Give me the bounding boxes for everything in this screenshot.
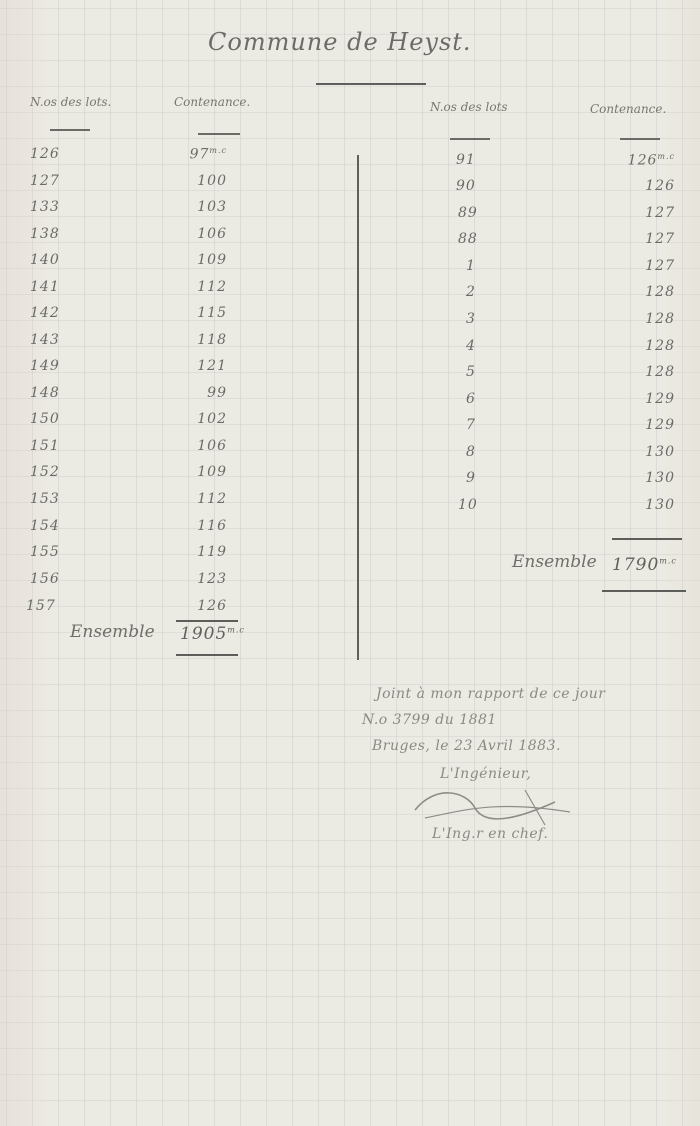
lot-number: 148 xyxy=(30,385,80,401)
contenance-value: 118 xyxy=(172,332,227,348)
lot-number: 7 xyxy=(466,417,516,433)
contenance-value: 128 xyxy=(620,338,675,354)
contenance-value: 130 xyxy=(620,497,675,513)
page-title: Commune de Heyst. xyxy=(208,28,472,56)
lot-number: 127 xyxy=(30,173,80,189)
contenance-value: 126 xyxy=(620,178,675,194)
contenance-value: 128 xyxy=(620,284,675,300)
lot-number: 9 xyxy=(466,470,516,486)
contenance-value: 102 xyxy=(172,411,227,427)
annotation-line-1: Joint à mon rapport de ce jour xyxy=(376,686,606,702)
unit-label: m.c xyxy=(657,152,675,161)
contenance-value: 106 xyxy=(172,438,227,454)
lot-number: 89 xyxy=(458,205,508,221)
lot-number: 126 xyxy=(30,146,80,162)
contenance-value: 126m.c xyxy=(620,152,675,169)
signature-flourish-icon xyxy=(405,780,575,830)
right-header-contenance: Contenance. xyxy=(590,102,666,116)
contenance-value: 109 xyxy=(172,252,227,268)
lot-number: 4 xyxy=(466,338,516,354)
lot-number: 133 xyxy=(30,199,80,215)
lot-number: 10 xyxy=(458,497,508,513)
lot-number: 90 xyxy=(456,178,506,194)
left-total-rule-top xyxy=(176,620,238,622)
annotation-line-2: N.o 3799 du 1881 xyxy=(362,712,497,728)
contenance-value: 123 xyxy=(172,571,227,587)
lot-number: 8 xyxy=(466,444,516,460)
left-header-lot-rule xyxy=(50,129,90,131)
contenance-value: 112 xyxy=(172,491,227,507)
right-header-lot: N.os des lots xyxy=(430,100,508,114)
contenance-value: 97m.c xyxy=(172,146,227,163)
left-header-lot: N.os des lots. xyxy=(30,95,111,109)
contenance-value: 129 xyxy=(620,417,675,433)
right-header-lot-rule xyxy=(450,138,490,140)
lot-number: 91 xyxy=(456,152,506,168)
lot-number: 142 xyxy=(30,305,80,321)
lot-number: 140 xyxy=(30,252,80,268)
lot-number: 143 xyxy=(30,332,80,348)
contenance-value: 127 xyxy=(620,258,675,274)
contenance-value: 100 xyxy=(172,173,227,189)
lot-number: 152 xyxy=(30,464,80,480)
lot-number: 157 xyxy=(26,598,76,614)
left-header-contenance: Contenance. xyxy=(174,95,250,109)
contenance-value: 116 xyxy=(172,518,227,534)
lot-number: 6 xyxy=(466,391,516,407)
lot-number: 155 xyxy=(30,544,80,560)
lot-number: 154 xyxy=(30,518,80,534)
contenance-value: 128 xyxy=(620,364,675,380)
lot-number: 153 xyxy=(30,491,80,507)
contenance-value: 129 xyxy=(620,391,675,407)
right-header-contenance-rule xyxy=(620,138,660,140)
contenance-value: 126 xyxy=(172,598,227,614)
contenance-value: 109 xyxy=(172,464,227,480)
right-total-rule-bottom xyxy=(602,590,686,592)
contenance-value: 130 xyxy=(620,444,675,460)
lot-number: 149 xyxy=(30,358,80,374)
annotation-line-5: L'Ing.r en chef. xyxy=(432,826,548,842)
contenance-value: 112 xyxy=(172,279,227,295)
contenance-value: 121 xyxy=(172,358,227,374)
contenance-value: 127 xyxy=(620,231,675,247)
right-total-rule-top xyxy=(612,538,682,540)
lot-number: 150 xyxy=(30,411,80,427)
lot-number: 2 xyxy=(466,284,516,300)
contenance-value: 115 xyxy=(172,305,227,321)
lot-number: 1 xyxy=(466,258,516,274)
lot-number: 138 xyxy=(30,226,80,242)
contenance-value: 127 xyxy=(620,205,675,221)
left-header-contenance-rule xyxy=(198,133,240,135)
unit-label: m.c xyxy=(209,146,227,155)
lot-number: 151 xyxy=(30,438,80,454)
right-total-label: Ensemble xyxy=(512,552,597,572)
left-total-value: 1905m.c xyxy=(180,624,245,644)
left-total-label: Ensemble xyxy=(70,622,155,642)
right-total-value: 1790m.c xyxy=(612,555,677,575)
lot-number: 88 xyxy=(458,231,508,247)
column-divider xyxy=(357,155,359,660)
contenance-value: 119 xyxy=(172,544,227,560)
contenance-value: 99 xyxy=(172,385,227,401)
lot-number: 141 xyxy=(30,279,80,295)
contenance-value: 103 xyxy=(172,199,227,215)
contenance-value: 128 xyxy=(620,311,675,327)
contenance-value: 130 xyxy=(620,470,675,486)
annotation-line-3: Bruges, le 23 Avril 1883. xyxy=(372,738,561,754)
lot-number: 3 xyxy=(466,311,516,327)
contenance-value: 106 xyxy=(172,226,227,242)
title-underline xyxy=(316,83,426,85)
lot-number: 156 xyxy=(30,571,80,587)
lot-number: 5 xyxy=(466,364,516,380)
left-total-rule-bottom xyxy=(176,654,238,656)
